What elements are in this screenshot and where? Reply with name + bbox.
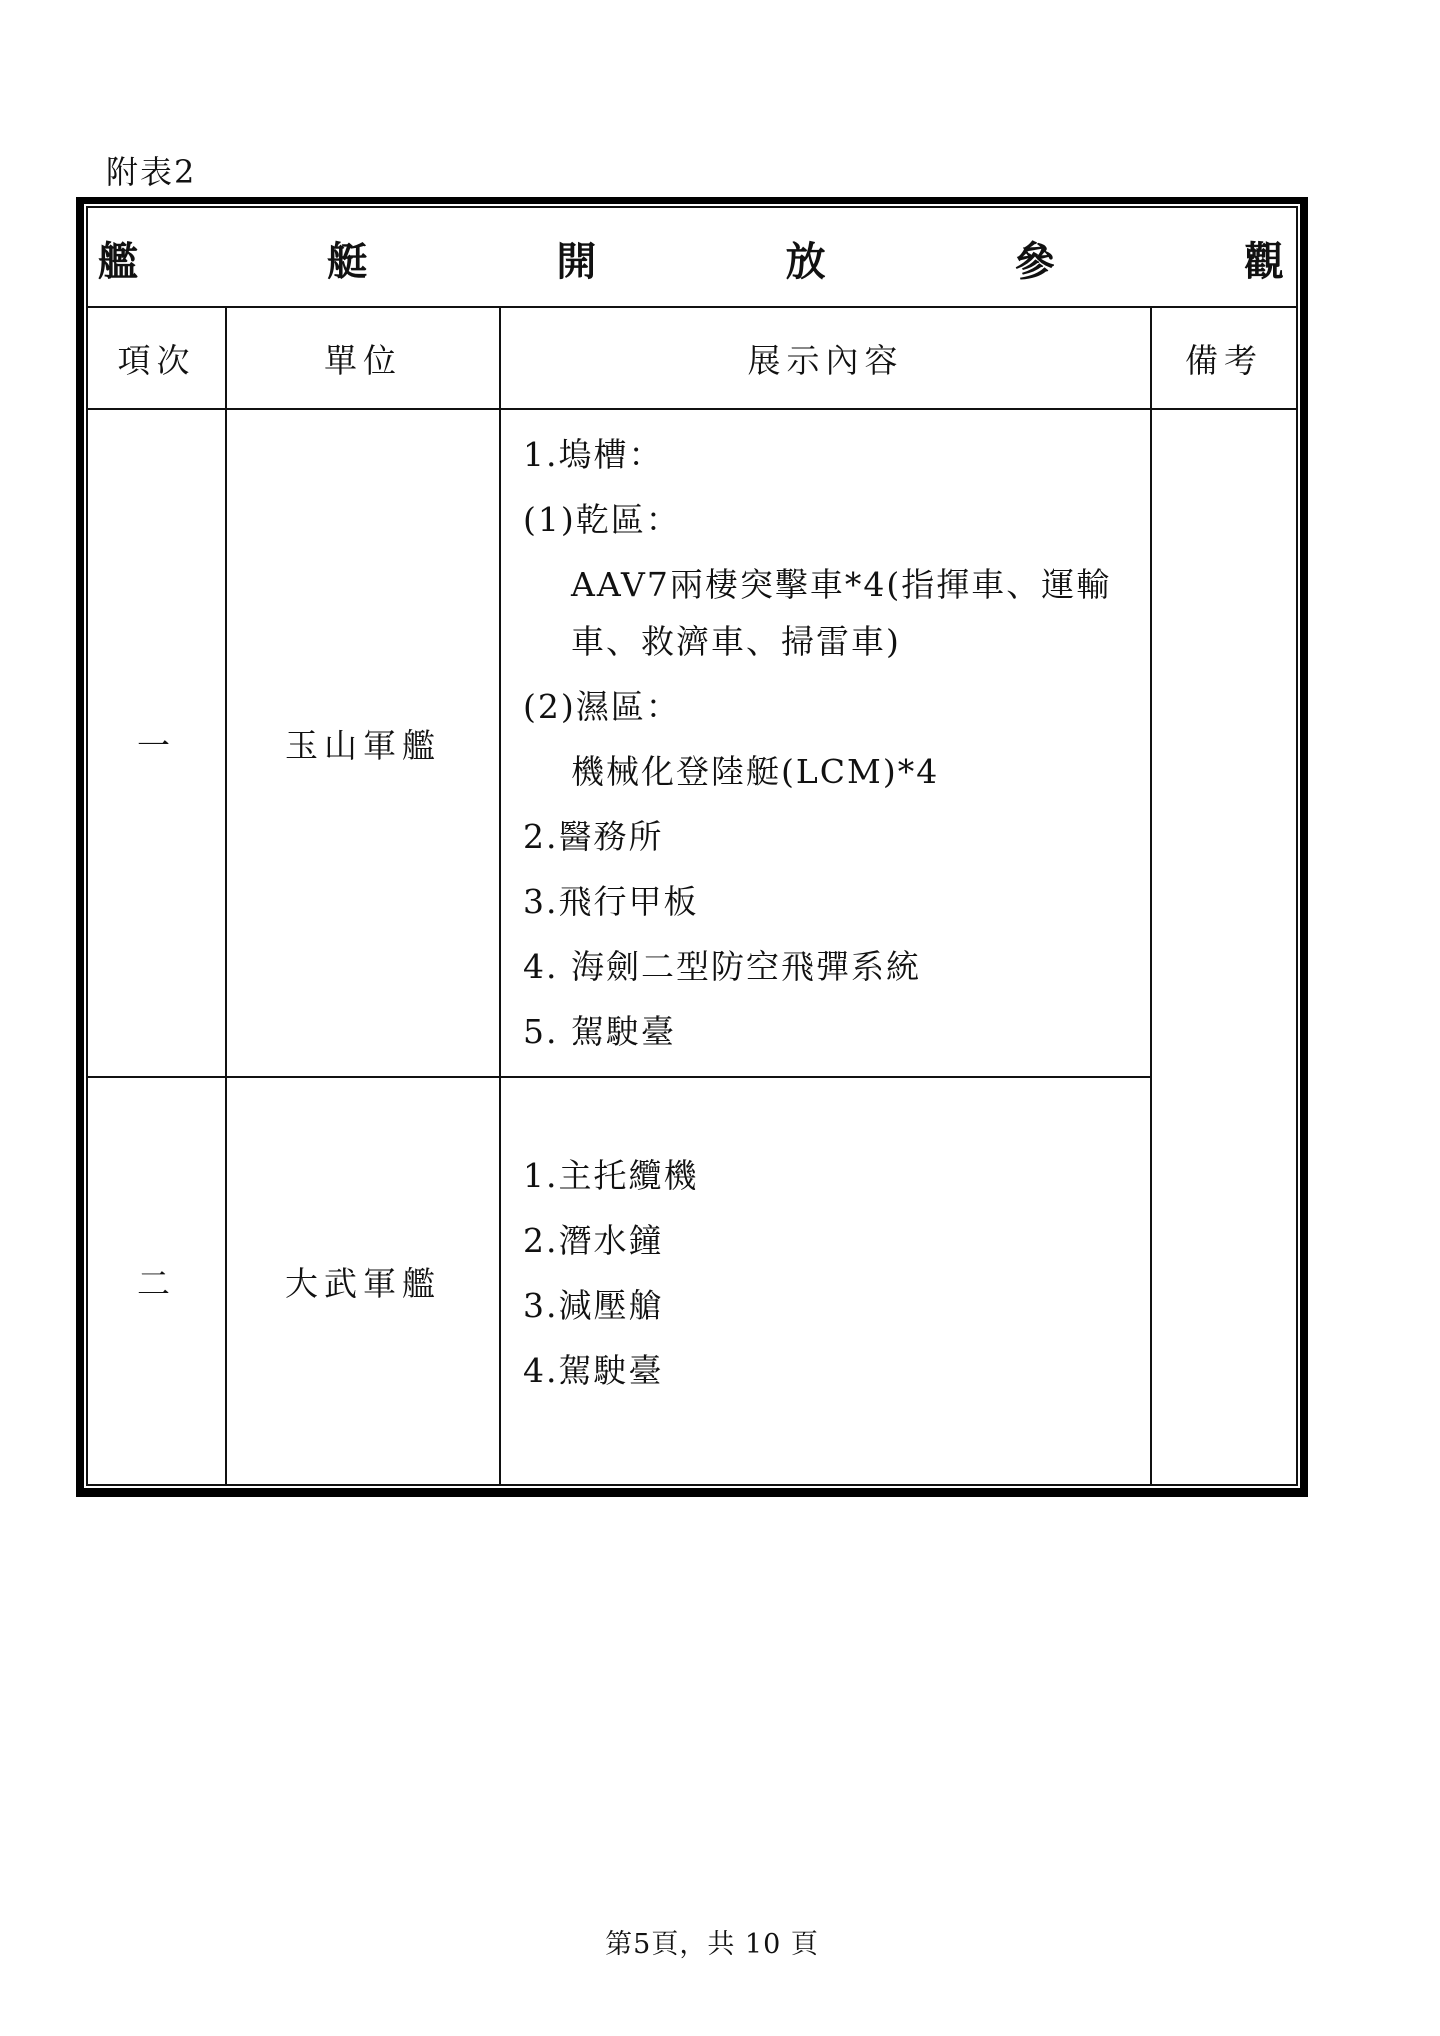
table-row: 一 玉山軍艦 1.塢槽： (1)乾區： AAV7兩棲突擊車*4(指揮車、運輸車、… <box>88 409 1296 1077</box>
header-content: 展示內容 <box>500 307 1151 409</box>
unit-cell: 大武軍艦 <box>226 1077 500 1485</box>
content-line: 4.駕駛臺 <box>523 1342 1140 1399</box>
ship-visit-table: 艦 艇 開 放 參 觀 項次 單位 展示內容 備考 <box>88 208 1296 1486</box>
content-cell: 1.塢槽： (1)乾區： AAV7兩棲突擊車*4(指揮車、運輸車、救濟車、掃雷車… <box>500 409 1151 1077</box>
title-char: 觀 <box>1244 230 1284 287</box>
content-line: 3.飛行甲板 <box>523 873 1140 930</box>
item-no-cell: 一 <box>88 409 226 1077</box>
title-char: 參 <box>1015 230 1055 287</box>
header-item-no: 項次 <box>88 307 226 409</box>
content-line: 1.主托纜機 <box>523 1147 1140 1204</box>
header-unit: 單位 <box>226 307 500 409</box>
table-title: 艦 艇 開 放 參 觀 <box>88 208 1296 307</box>
content-line: (1)乾區： <box>523 491 1140 548</box>
page-number: 第5頁，共 10 頁 <box>0 1922 1424 1961</box>
content-line: 2.潛水鐘 <box>523 1212 1140 1269</box>
content-line: 4. 海劍二型防空飛彈系統 <box>523 938 1140 995</box>
content-cell: 1.主托纜機 2.潛水鐘 3.減壓艙 4.駕駛臺 <box>500 1077 1151 1485</box>
content-line: 5. 駕駛臺 <box>523 1003 1140 1060</box>
title-char: 艇 <box>327 230 367 287</box>
title-char: 放 <box>786 230 826 287</box>
table-caption: 附表2 <box>106 150 196 194</box>
content-line: 2.醫務所 <box>523 808 1140 865</box>
remarks-cell <box>1151 409 1296 1485</box>
content-line: 1.塢槽： <box>523 426 1140 483</box>
table-frame: 艦 艇 開 放 參 觀 項次 單位 展示內容 備考 <box>76 197 1308 1497</box>
title-char: 艦 <box>98 230 138 287</box>
content-line: AAV7兩棲突擊車*4(指揮車、運輸車、救濟車、掃雷車) <box>523 556 1140 670</box>
item-no-cell: 二 <box>88 1077 226 1485</box>
content-line: 3.減壓艙 <box>523 1277 1140 1334</box>
content-line: 機械化登陸艇(LCM)*4 <box>523 743 1140 800</box>
header-remarks: 備考 <box>1151 307 1296 409</box>
content-line: (2)濕區： <box>523 678 1140 735</box>
table-row: 二 大武軍艦 1.主托纜機 2.潛水鐘 3.減壓艙 4.駕駛臺 <box>88 1077 1296 1485</box>
title-char: 開 <box>556 230 596 287</box>
unit-cell: 玉山軍艦 <box>226 409 500 1077</box>
